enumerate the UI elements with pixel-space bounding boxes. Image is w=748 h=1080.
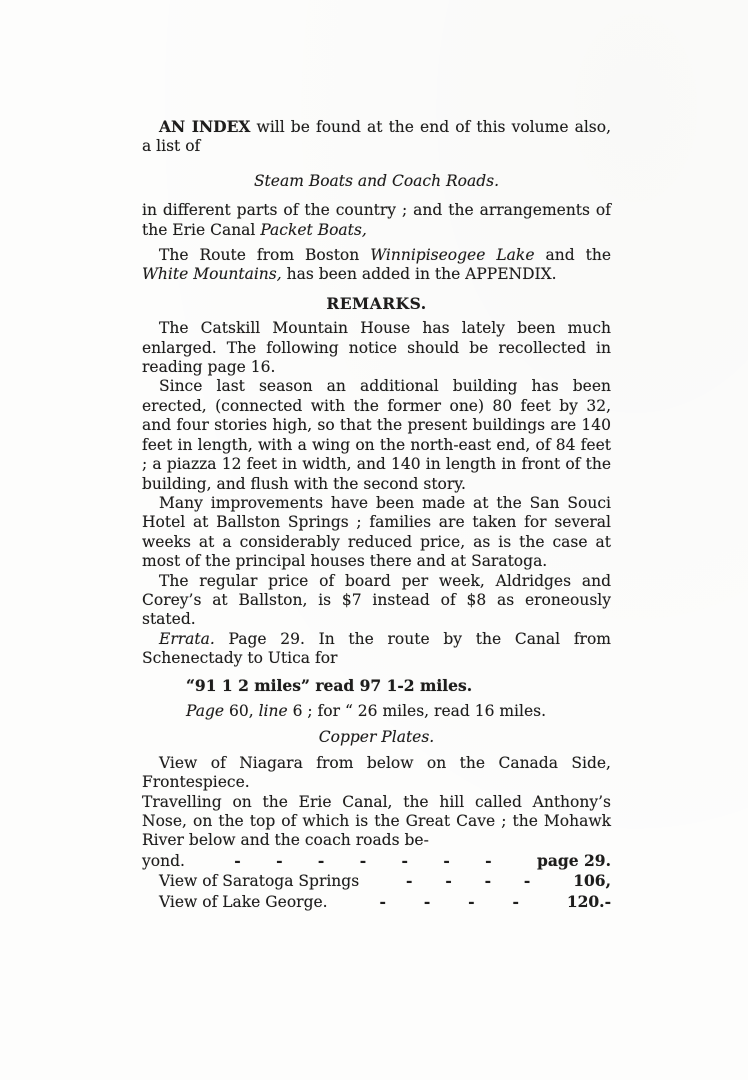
- dash-leader-mark: -: [424, 892, 430, 911]
- plate-entry-niagara: View of Niagara from below on the Canada…: [142, 754, 611, 793]
- errata-label-italic: Errata.: [159, 630, 215, 648]
- errata2-page-italic: Page: [186, 702, 224, 720]
- paragraph-errata-intro: Errata. Page 29. In the route by the Can…: [142, 630, 611, 669]
- dash-leader-mark: -: [445, 871, 451, 890]
- plate-erie-tail: yond.: [142, 852, 185, 871]
- errata-correction-1: “91 1 2 miles” read 97 1-2 miles.: [186, 676, 611, 695]
- route-seg1: The Route from Boston: [159, 246, 370, 264]
- paragraph-building: Since last season an additional building…: [142, 377, 611, 493]
- dash-leader-mark: -: [524, 871, 530, 890]
- plate-entry-erie-canal: Travelling on the Erie Canal, the hill c…: [142, 793, 611, 851]
- paragraph-catskill: The Catskill Mountain House has lately b…: [142, 319, 611, 377]
- arrangements-text: in different parts of the country ; and …: [142, 201, 611, 238]
- plate-saratoga-label: View of Saratoga Springs: [142, 872, 359, 891]
- heading-remarks: REMARKS.: [142, 294, 611, 313]
- dash-leader-mark: -: [485, 871, 491, 890]
- text-block: AN INDEX will be found at the end of thi…: [142, 117, 611, 912]
- route-seg3: has been added in the APPENDIX.: [282, 265, 557, 283]
- paragraph-san-souci: Many improvements have been made at the …: [142, 494, 611, 572]
- index-notice-lead: AN INDEX: [159, 117, 250, 136]
- dash-leader: - - - -: [359, 871, 573, 890]
- paragraph-arrangements: in different parts of the country ; and …: [142, 201, 611, 240]
- errata2-seg2: 6 ; for “ 26 miles, read 16 miles.: [288, 702, 546, 720]
- errata-correction-2: Page 60, line 6 ; for “ 26 miles, read 1…: [186, 702, 611, 721]
- heading-steam-boats: Steam Boats and Coach Roads.: [142, 172, 611, 191]
- dash-leader-mark: -: [360, 851, 366, 870]
- errata2-line-italic: line: [259, 702, 288, 720]
- dash-leader-mark: -: [276, 851, 282, 870]
- paragraph-board-price: The regular price of board per week, Ald…: [142, 572, 611, 630]
- plate-saratoga-page-number: 106,: [573, 871, 611, 890]
- dash-leader-mark: -: [443, 851, 449, 870]
- plate-row-saratoga: View of Saratoga Springs - - - - 106,: [142, 871, 611, 891]
- heading-copper-plates: Copper Plates.: [142, 728, 611, 747]
- dash-leader-mark: -: [379, 892, 385, 911]
- plate-erie-page-number: page 29.: [537, 851, 611, 870]
- dash-leader-mark: -: [468, 892, 474, 911]
- white-mountains-italic: White Mountains,: [142, 265, 282, 283]
- errata2-seg1: 60,: [224, 702, 259, 720]
- dash-leader-mark: -: [234, 851, 240, 870]
- paragraph-index-notice: AN INDEX will be found at the end of thi…: [142, 117, 611, 157]
- plate-lake-george-page-number: 120.-: [567, 892, 611, 911]
- scanned-book-page: AN INDEX will be found at the end of thi…: [0, 0, 748, 1080]
- packet-boats-italic: Packet Boats,: [260, 221, 366, 239]
- plate-row-lake-george: View of Lake George. - - - - 120.-: [142, 892, 611, 912]
- plate-lake-george-label: View of Lake George.: [142, 893, 328, 912]
- dash-leader-mark: -: [318, 851, 324, 870]
- dash-leader-mark: -: [402, 851, 408, 870]
- plate-entry-erie-canal-pageline: yond. - - - - - - - page 29.: [142, 851, 611, 871]
- paragraph-route-boston: The Route from Boston Winnipiseogee Lake…: [142, 246, 611, 285]
- dash-leader-mark: -: [512, 892, 518, 911]
- dash-leader-mark: -: [485, 851, 491, 870]
- winnipiseogee-italic: Winnipiseogee Lake: [370, 246, 534, 264]
- dash-leader-mark: -: [406, 871, 412, 890]
- dash-leader: - - - - - - -: [185, 851, 537, 870]
- route-seg2: and the: [535, 246, 612, 264]
- dash-leader: - - - -: [328, 892, 567, 911]
